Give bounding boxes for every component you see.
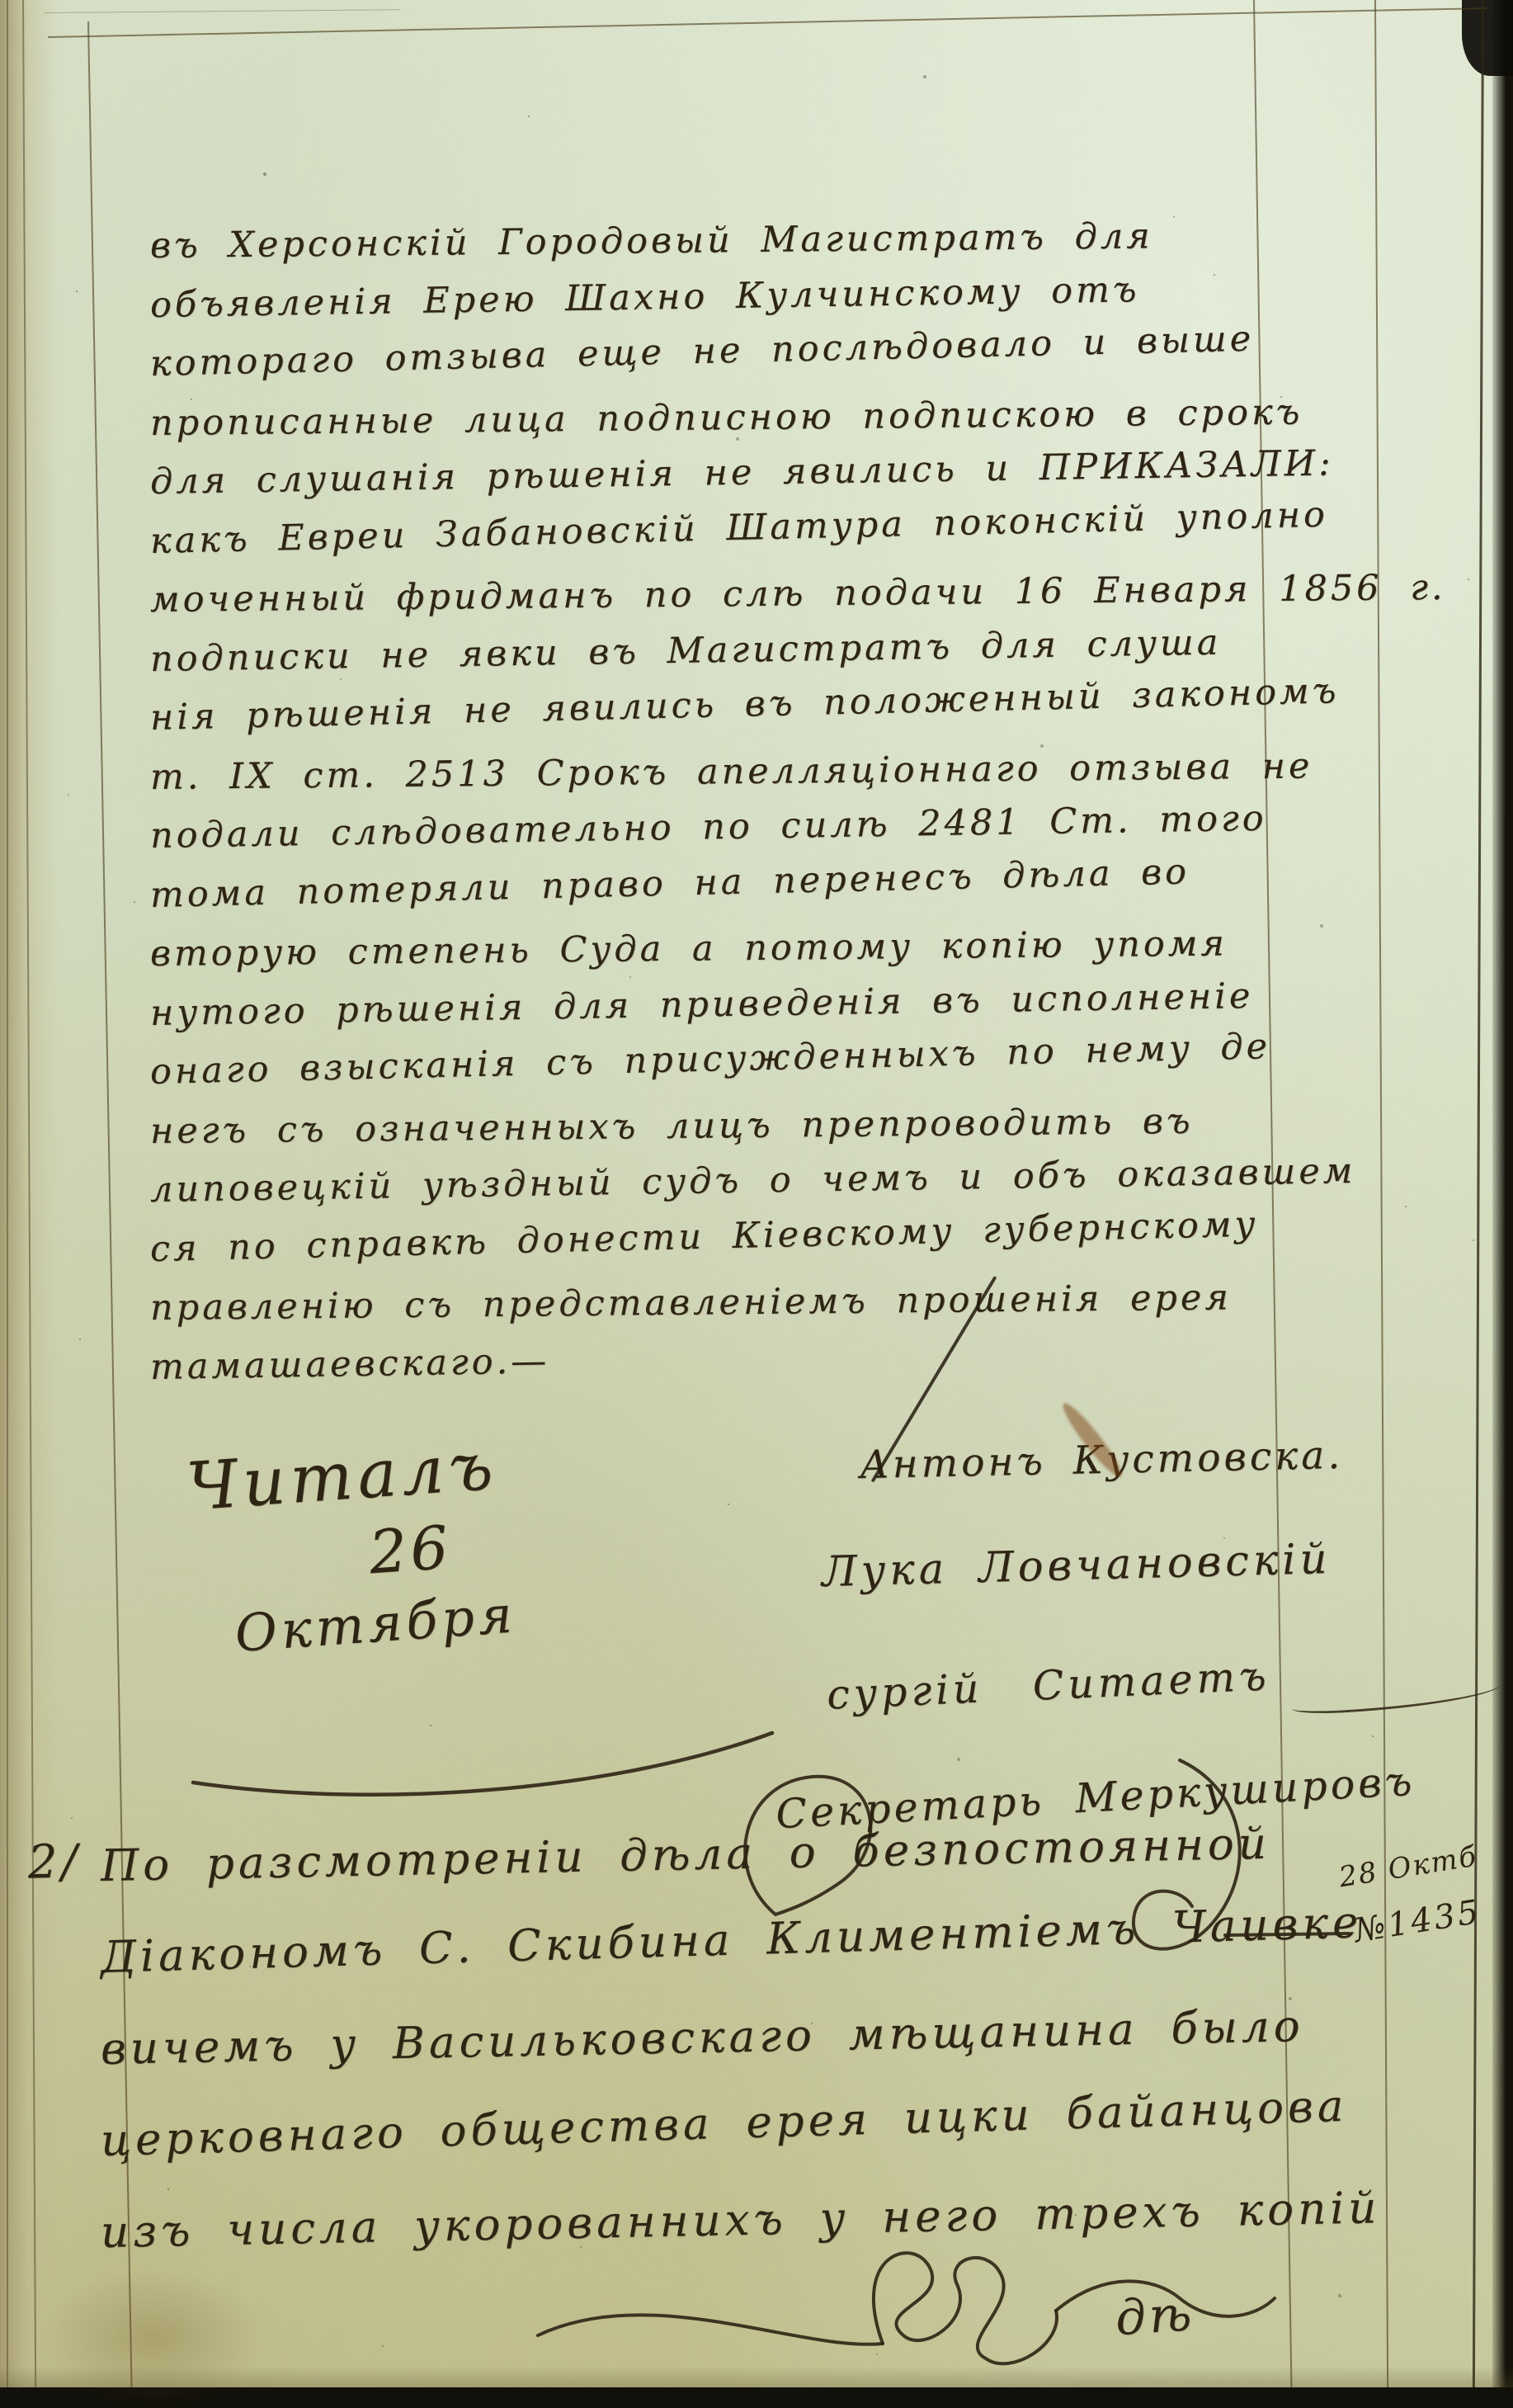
paraph-letters: дѣ [1114,2285,1196,2347]
manuscript-line-text: По разсмотреніи дѣла о безпостоянной [100,1819,1270,1891]
page-right-edge [1492,0,1513,2387]
read-day: 26 [367,1509,514,1588]
manuscript-page: въ Херсонскій Городовый Магистратъ для о… [0,0,1513,2387]
read-date-block: Читалъ 26 Октября [184,1427,518,1666]
resolution-text-block: въ Херсонскій Городовый Магистратъ для о… [150,217,1260,1397]
fold-line [7,0,8,2387]
bottom-paraph-flourish [528,2220,1336,2385]
second-entry-block: 2/По разсмотреніи дѣла о безпостоянной Д… [101,1820,1322,2278]
entry-number: 2/ [27,1815,82,1908]
